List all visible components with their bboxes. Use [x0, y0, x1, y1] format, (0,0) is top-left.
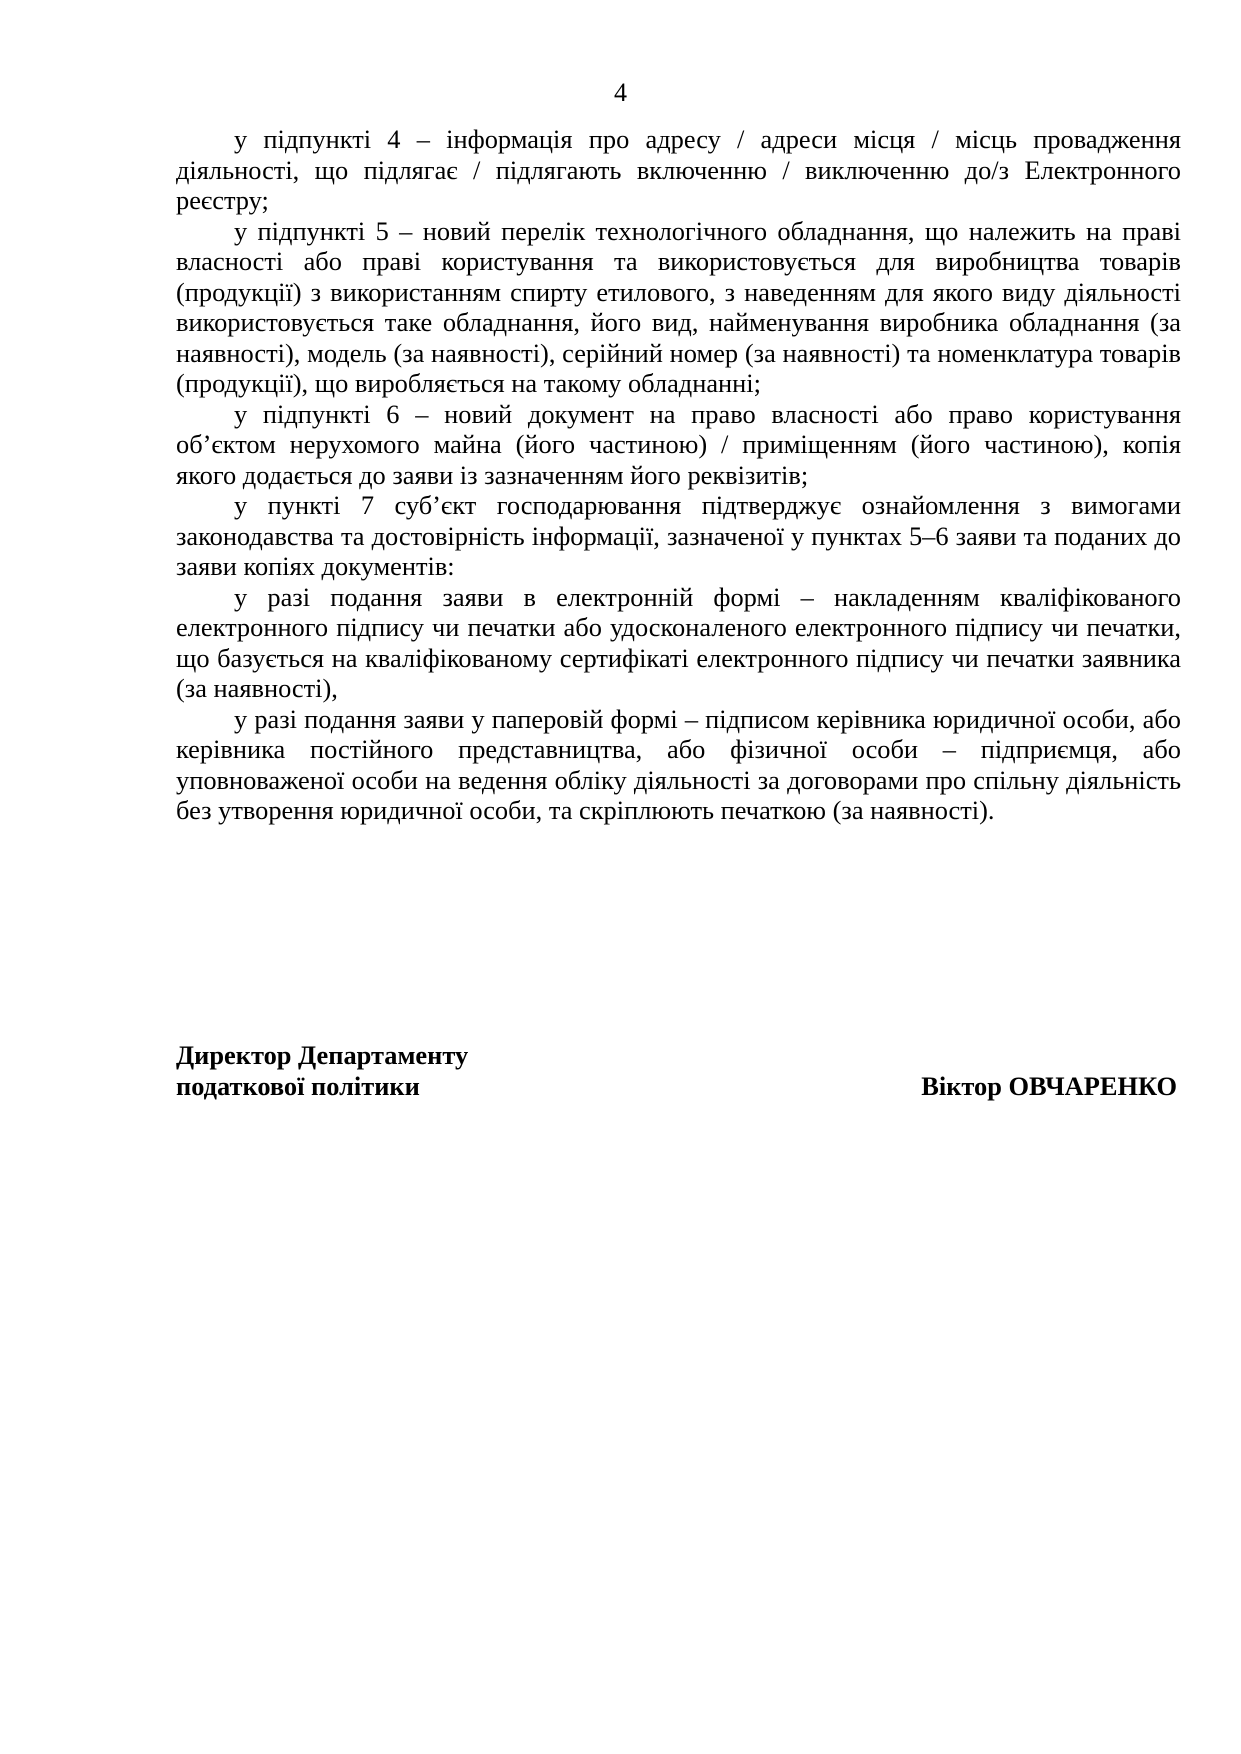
signatory-position-line2: податкової політики [176, 1071, 420, 1102]
paragraph-subitem-6: у підпункті 6 – новий документ на право … [176, 399, 1181, 491]
page-number: 4 [0, 78, 1241, 108]
signatory-position-line1: Директор Департаменту [176, 1040, 468, 1071]
paragraph-item-7: у пункті 7 суб’єкт господарювання підтве… [176, 490, 1181, 582]
paragraph-subitem-5: у підпункті 5 – новий перелік технологіч… [176, 216, 1181, 399]
signature-row-1: Директор Департаменту [176, 1040, 1181, 1071]
document-body: у підпункті 4 – інформація про адресу / … [176, 124, 1181, 826]
signatory-name: Віктор ОВЧАРЕНКО [921, 1071, 1181, 1102]
paragraph-subitem-4: у підпункті 4 – інформація про адресу / … [176, 124, 1181, 216]
paragraph-paper-form: у разі подання заяви у паперовій формі –… [176, 704, 1181, 826]
signature-block: Директор Департаменту податкової політик… [176, 1040, 1181, 1102]
signature-row-2: податкової політики Віктор ОВЧАРЕНКО [176, 1071, 1181, 1102]
paragraph-electronic-form: у разі подання заяви в електронній формі… [176, 582, 1181, 704]
